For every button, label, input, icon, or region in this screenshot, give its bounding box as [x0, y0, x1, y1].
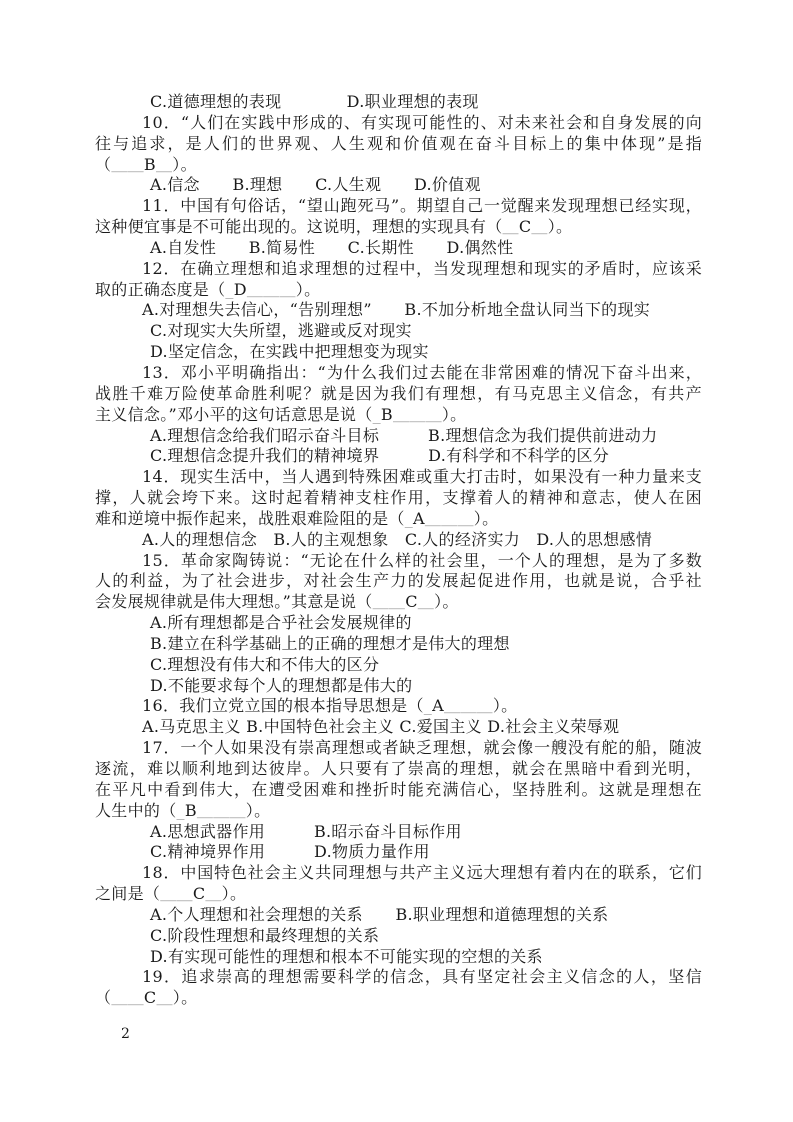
- text-line: 难和逆境中振作起来，战胜艰难险阻的是（_A＿＿＿）。: [95, 509, 702, 530]
- answer-blank-underline: ＿＿: [160, 884, 193, 903]
- text-line: 往与追求，是人们的世界观、人生观和价值观在奋斗目标上的集中体现”是指: [95, 134, 702, 155]
- text-line: A.自发性 B.简易性 C.长期性 D.偶然性: [95, 238, 702, 259]
- answer-blank-underline: ＿: [418, 592, 434, 611]
- answer-blank-underline: ＿＿＿: [393, 405, 442, 424]
- text-line: （＿＿C＿）。: [95, 988, 702, 1009]
- text-line: （＿＿B＿）。: [95, 155, 702, 176]
- text-line: 16．我们立党立国的根本指导思想是（_A＿＿＿）。: [95, 696, 702, 717]
- answer-blank-underline: _: [424, 696, 432, 715]
- answer-blank-underline: ＿: [205, 884, 221, 903]
- text-line: A.所有理想都是合乎社会发展规律的: [95, 613, 702, 634]
- text-line: A.人的理想信念 B.人的主观想象 C.人的经济实力 D.人的思想感情: [95, 530, 702, 551]
- text-line: A.理想信念给我们昭示奋斗目标 B.理想信念为我们提供前进动力: [95, 426, 702, 447]
- text-line: D.有实现可能性的理想和根本不可能实现的空想的关系: [95, 947, 702, 968]
- page-number: 2: [121, 1026, 130, 1042]
- answer-blank-underline: ＿＿＿: [197, 801, 246, 820]
- text-line: 15．革命家陶铸说：“无论在什么样的社会里，一个人的理想，是为了多数: [95, 551, 702, 572]
- answer-blank-underline: ＿: [503, 217, 519, 236]
- text-line: 12．在确立理想和追求理想的过程中，当发现理想和现实的矛盾时，应该采: [95, 259, 702, 280]
- text-line: 取的正确态度是（_D＿＿＿）。: [95, 280, 702, 301]
- answer-blank-underline: _: [405, 509, 413, 528]
- answer-blank-underline: ＿: [156, 155, 172, 174]
- text-line: A.个人理想和社会理想的关系 B.职业理想和道德理想的关系: [95, 905, 702, 926]
- text-line: A.马克思主义 B.中国特色社会主义 C.爱国主义 D.社会主义荣辱观: [95, 717, 702, 738]
- answer-blank-underline: ＿＿＿: [247, 280, 296, 299]
- text-line: A.对理想失去信心，“告别理想” B.不加分析地全盘认同当下的现实: [95, 300, 702, 321]
- answer-blank-underline: ＿＿＿: [425, 509, 474, 528]
- text-line: 19．追求崇高的理想需要科学的信念，具有坚定社会主义信念的人，坚信: [95, 967, 702, 988]
- answer-blank-underline: ＿＿: [373, 592, 406, 611]
- text-line: 18．中国特色社会主义共同理想与共产主义远大理想有着内在的联系，它们: [95, 863, 702, 884]
- text-line: 11．中国有句俗话，“望山跑死马”。期望自己一觉醒来发现理想已经实现，: [95, 196, 702, 217]
- answer-blank-underline: ＿: [531, 217, 547, 236]
- text-line: D.不能要求每个人的理想都是伟大的: [95, 676, 702, 697]
- text-line: 撑，人就会垮下来。这时起着精神支柱作用，支撑着人的精神和意志，使人在困: [95, 488, 702, 509]
- text-line: D.坚定信念，在实践中把理想变为现实: [95, 342, 702, 363]
- text-line: 人生中的（_B＿＿＿）。: [95, 801, 702, 822]
- text-line: 13．邓小平明确指出：“为什么我们过去能在非常困难的情况下奋斗出来，: [95, 363, 702, 384]
- text-line: 会发展规律就是伟大理想。”其意是说（＿＿C＿）。: [95, 592, 702, 613]
- text-line: 逐流，难以顺利地到达彼岸。人只要有了崇高的理想，就会在黑暗中看到光明，: [95, 759, 702, 780]
- text-line: 17．一个人如果没有崇高理想或者缺乏理想，就会像一艘没有舵的船，随波: [95, 738, 702, 759]
- answer-blank-underline: ＿: [156, 988, 172, 1007]
- text-line: A.信念 B.理想 C.人生观 D.价值观: [95, 175, 702, 196]
- text-line: C.道德理想的表现 D.职业理想的表现: [95, 92, 702, 113]
- text-line: C.理想没有伟大和不伟大的区分: [95, 655, 702, 676]
- exam-document-page: C.道德理想的表现 D.职业理想的表现10．“人们在实践中形成的、有实现可能性的…: [0, 0, 793, 1122]
- text-line: 人的利益，为了社会进步，对社会生产力的发展起促进作用，也就是说，合乎社: [95, 571, 702, 592]
- text-lines: C.道德理想的表现 D.职业理想的表现10．“人们在实践中形成的、有实现可能性的…: [95, 92, 702, 1009]
- text-line: 10．“人们在实践中形成的、有实现可能性的、对未来社会和自身发展的向: [95, 113, 702, 134]
- text-line: 这种便宜事是不可能出现的。这说明，理想的实现具有（＿C＿）。: [95, 217, 702, 238]
- answer-blank-underline: _: [177, 801, 185, 820]
- answer-blank-underline: ＿＿＿: [444, 696, 493, 715]
- text-line: 在平凡中看到伟大，在遭受困难和挫折时能充满信心，坚持胜利。这就是理想在: [95, 780, 702, 801]
- answer-blank-underline: ＿＿: [111, 155, 144, 174]
- text-line: A.思想武器作用 B.昭示奋斗目标作用: [95, 822, 702, 843]
- text-line: 主义信念。”邓小平的这句话意思是说（_B＿＿＿）。: [95, 405, 702, 426]
- text-line: C.理想信念提升我们的精神境界 D.有科学和不科学的区分: [95, 446, 702, 467]
- answer-blank-underline: ＿＿: [111, 988, 144, 1007]
- answer-blank-underline: _: [373, 405, 381, 424]
- text-line: 14．现实生活中，当人遇到特殊困难或重大打击时，如果没有一种力量来支: [95, 467, 702, 488]
- text-line: 战胜千难万险使革命胜利呢？就是因为我们有理想，有马克思主义信念，有共产: [95, 384, 702, 405]
- text-line: C.精神境界作用 D.物质力量作用: [95, 842, 702, 863]
- text-line: C.对现实大失所望，逃避或反对现实: [95, 321, 702, 342]
- text-line: B.建立在科学基础上的正确的理想才是伟大的理想: [95, 634, 702, 655]
- text-line: 之间是（＿＿C＿）。: [95, 884, 702, 905]
- text-line: C.阶段性理想和最终理想的关系: [95, 926, 702, 947]
- answer-blank-underline: _: [225, 280, 233, 299]
